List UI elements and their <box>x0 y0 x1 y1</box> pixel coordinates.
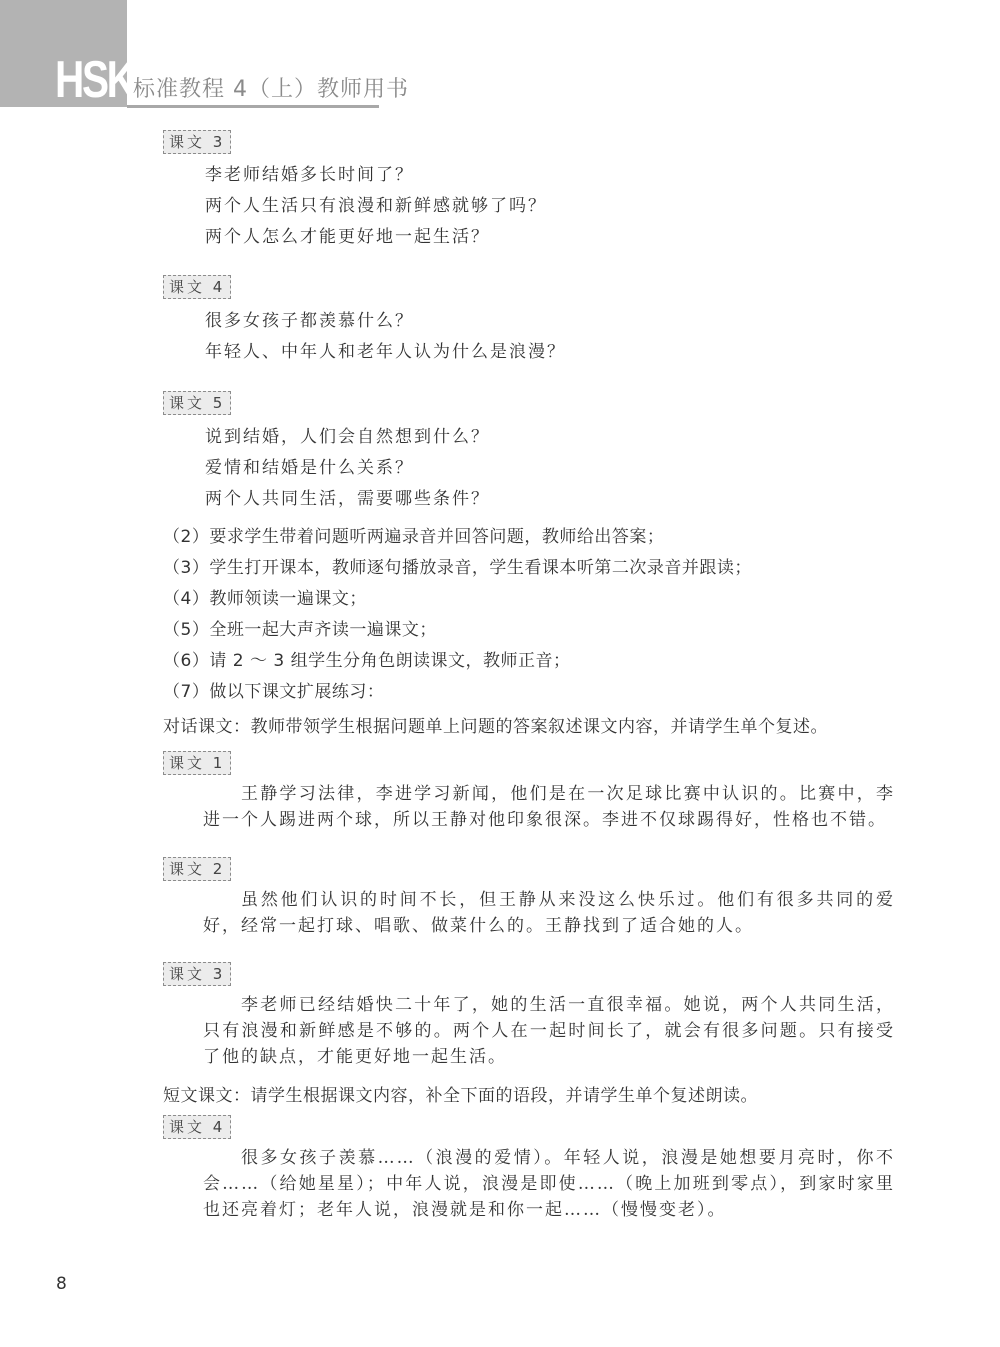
lesson-paragraph: 很多女孩子羡慕……（浪漫的爱情）。年轻人说，浪漫是她想要月亮时，你不会……（给她… <box>203 1145 895 1223</box>
page-number: 8 <box>56 1274 67 1294</box>
question-line: 两个人共同生活，需要哪些条件？ <box>205 484 490 509</box>
lesson-label: 课文 1 <box>163 751 231 775</box>
short-text-instruction: 短文课文：请学生根据课文内容，补全下面的语段，并请学生单个复述朗读。 <box>163 1081 758 1106</box>
step-item: （4）教师领读一遍课文； <box>163 584 367 609</box>
lesson-paragraph: 虽然他们认识的时间不长，但王静从来没这么快乐过。他们有很多共同的爱好，经常一起打… <box>203 887 895 939</box>
header-rule <box>127 105 379 108</box>
question-line: 爱情和结婚是什么关系？ <box>205 453 414 478</box>
lesson-label: 课文 2 <box>163 857 231 881</box>
lesson-label: 课文 5 <box>163 391 231 415</box>
question-line: 两个人生活只有浪漫和新鲜感就够了吗？ <box>205 191 547 216</box>
lesson-label: 课文 4 <box>163 275 231 299</box>
header-title: 标准教程 4（上）教师用书 <box>133 76 409 104</box>
dialogue-instruction: 对话课文：教师带领学生根据问题单上问题的答案叙述课文内容，并请学生单个复述。 <box>163 712 828 737</box>
question-line: 两个人怎么才能更好地一起生活？ <box>205 222 490 247</box>
question-line: 说到结婚，人们会自然想到什么？ <box>205 422 490 447</box>
question-line: 年轻人、中年人和老年人认为什么是浪漫？ <box>205 337 566 362</box>
lesson-label: 课文 3 <box>163 130 231 154</box>
step-item: （7）做以下课文扩展练习： <box>163 677 384 702</box>
lesson-label: 课文 4 <box>163 1115 231 1139</box>
question-line: 李老师结婚多长时间了？ <box>205 160 414 185</box>
step-item: （2）要求学生带着问题听两遍录音并回答问题，教师给出答案； <box>163 522 664 547</box>
step-item: （3）学生打开课本，教师逐句播放录音，学生看课本听第二次录音并跟读； <box>163 553 752 578</box>
step-item: （6）请 2 ～ 3 组学生分角色朗读课文，教师正音； <box>163 646 571 671</box>
lesson-paragraph: 王静学习法律，李进学习新闻，他们是在一次足球比赛中认识的。比赛中，李进一个人踢进… <box>203 781 895 833</box>
step-item: （5）全班一起大声齐读一遍课文； <box>163 615 437 640</box>
lesson-label: 课文 3 <box>163 962 231 986</box>
header-brand: HSK <box>55 52 134 108</box>
lesson-paragraph: 李老师已经结婚快二十年了，她的生活一直很幸福。她说，两个人共同生活，只有浪漫和新… <box>203 992 895 1070</box>
question-line: 很多女孩子都羡慕什么？ <box>205 306 414 331</box>
